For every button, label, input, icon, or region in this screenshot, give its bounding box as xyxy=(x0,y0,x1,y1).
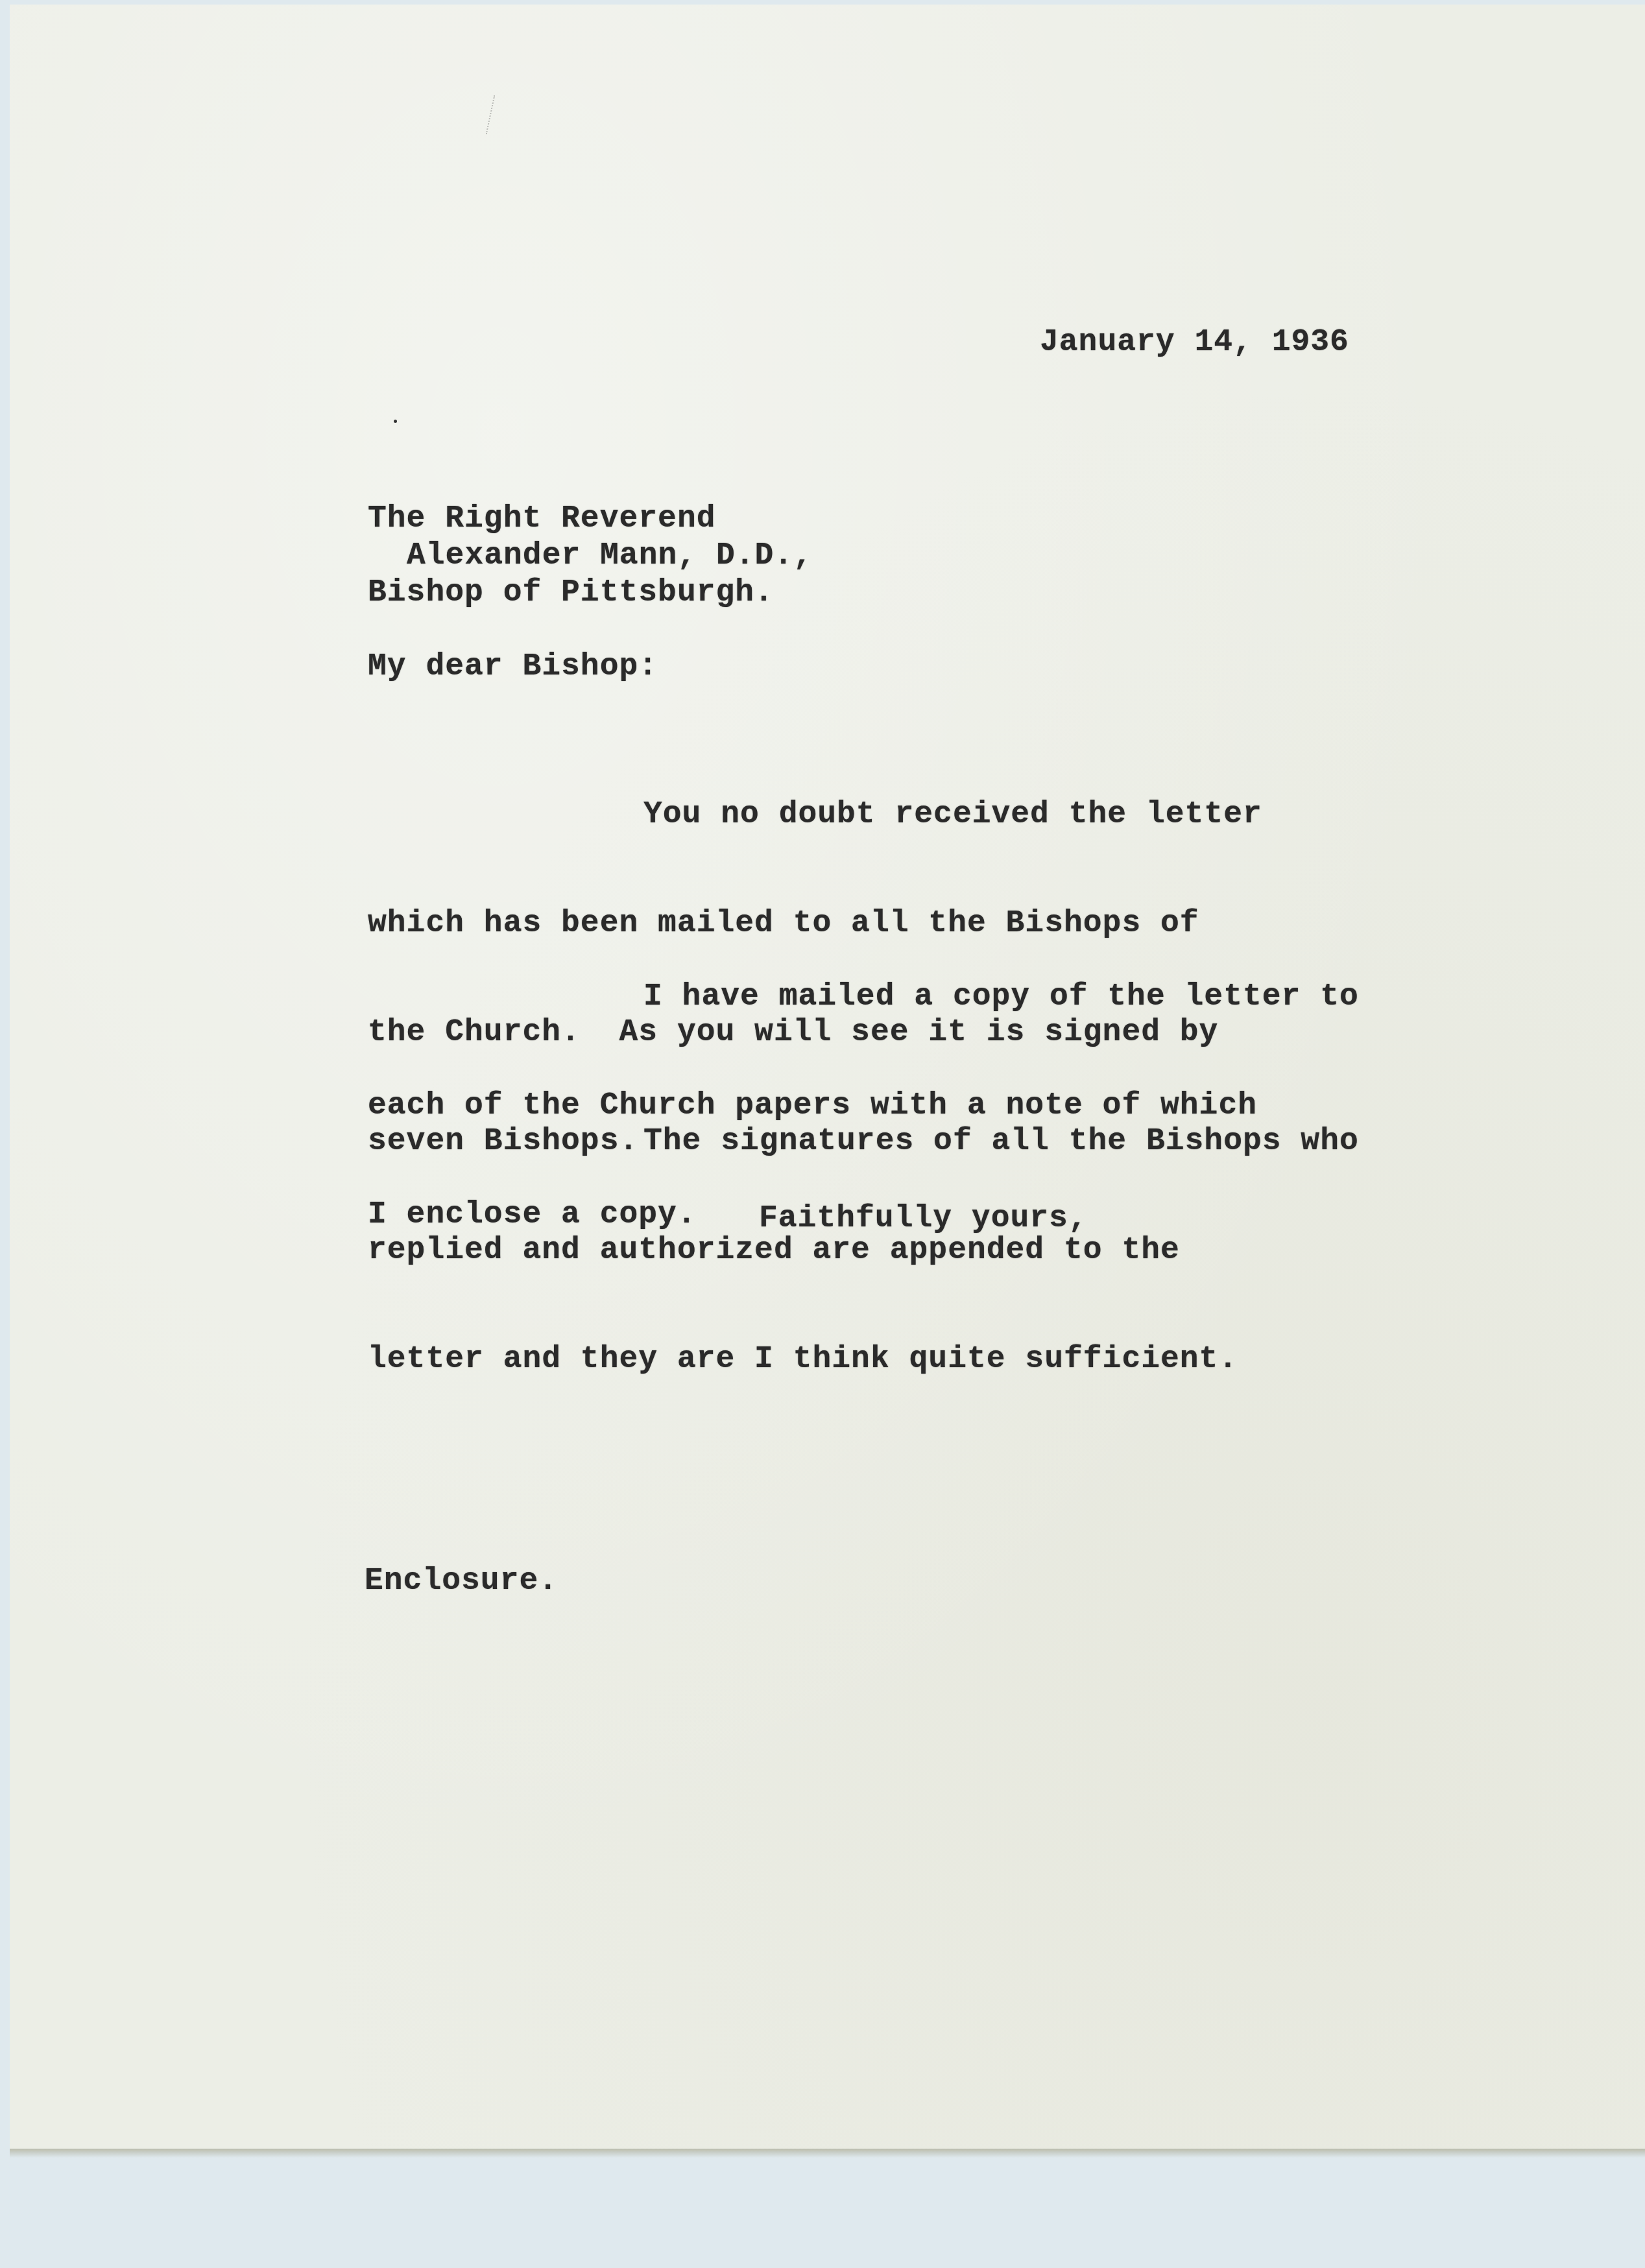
paragraph-line: The signatures of all the Bishops who xyxy=(368,1123,1359,1160)
recipient-position: Bishop of Pittsburgh. xyxy=(368,575,774,611)
letter-date: January 14, 1936 xyxy=(1040,324,1349,361)
recipient-title: The Right Reverend xyxy=(368,501,715,537)
recipient-name: Alexander Mann, D.D., xyxy=(407,538,813,574)
paragraph-line: You no doubt received the letter xyxy=(368,796,1262,833)
ink-speck xyxy=(394,420,397,423)
complimentary-closing: Faithfully yours, xyxy=(759,1200,1088,1237)
paragraph-line: letter and they are I think quite suffic… xyxy=(368,1341,1359,1378)
paragraph-line: I have mailed a copy of the letter to xyxy=(368,979,1359,1015)
enclosure-notation: Enclosure. xyxy=(365,1563,558,1599)
paper-edge-shadow xyxy=(10,2149,1645,2158)
paragraph-line: replied and authorized are appended to t… xyxy=(368,1232,1359,1269)
pencil-mark xyxy=(486,95,515,134)
salutation: My dear Bishop: xyxy=(368,649,658,685)
